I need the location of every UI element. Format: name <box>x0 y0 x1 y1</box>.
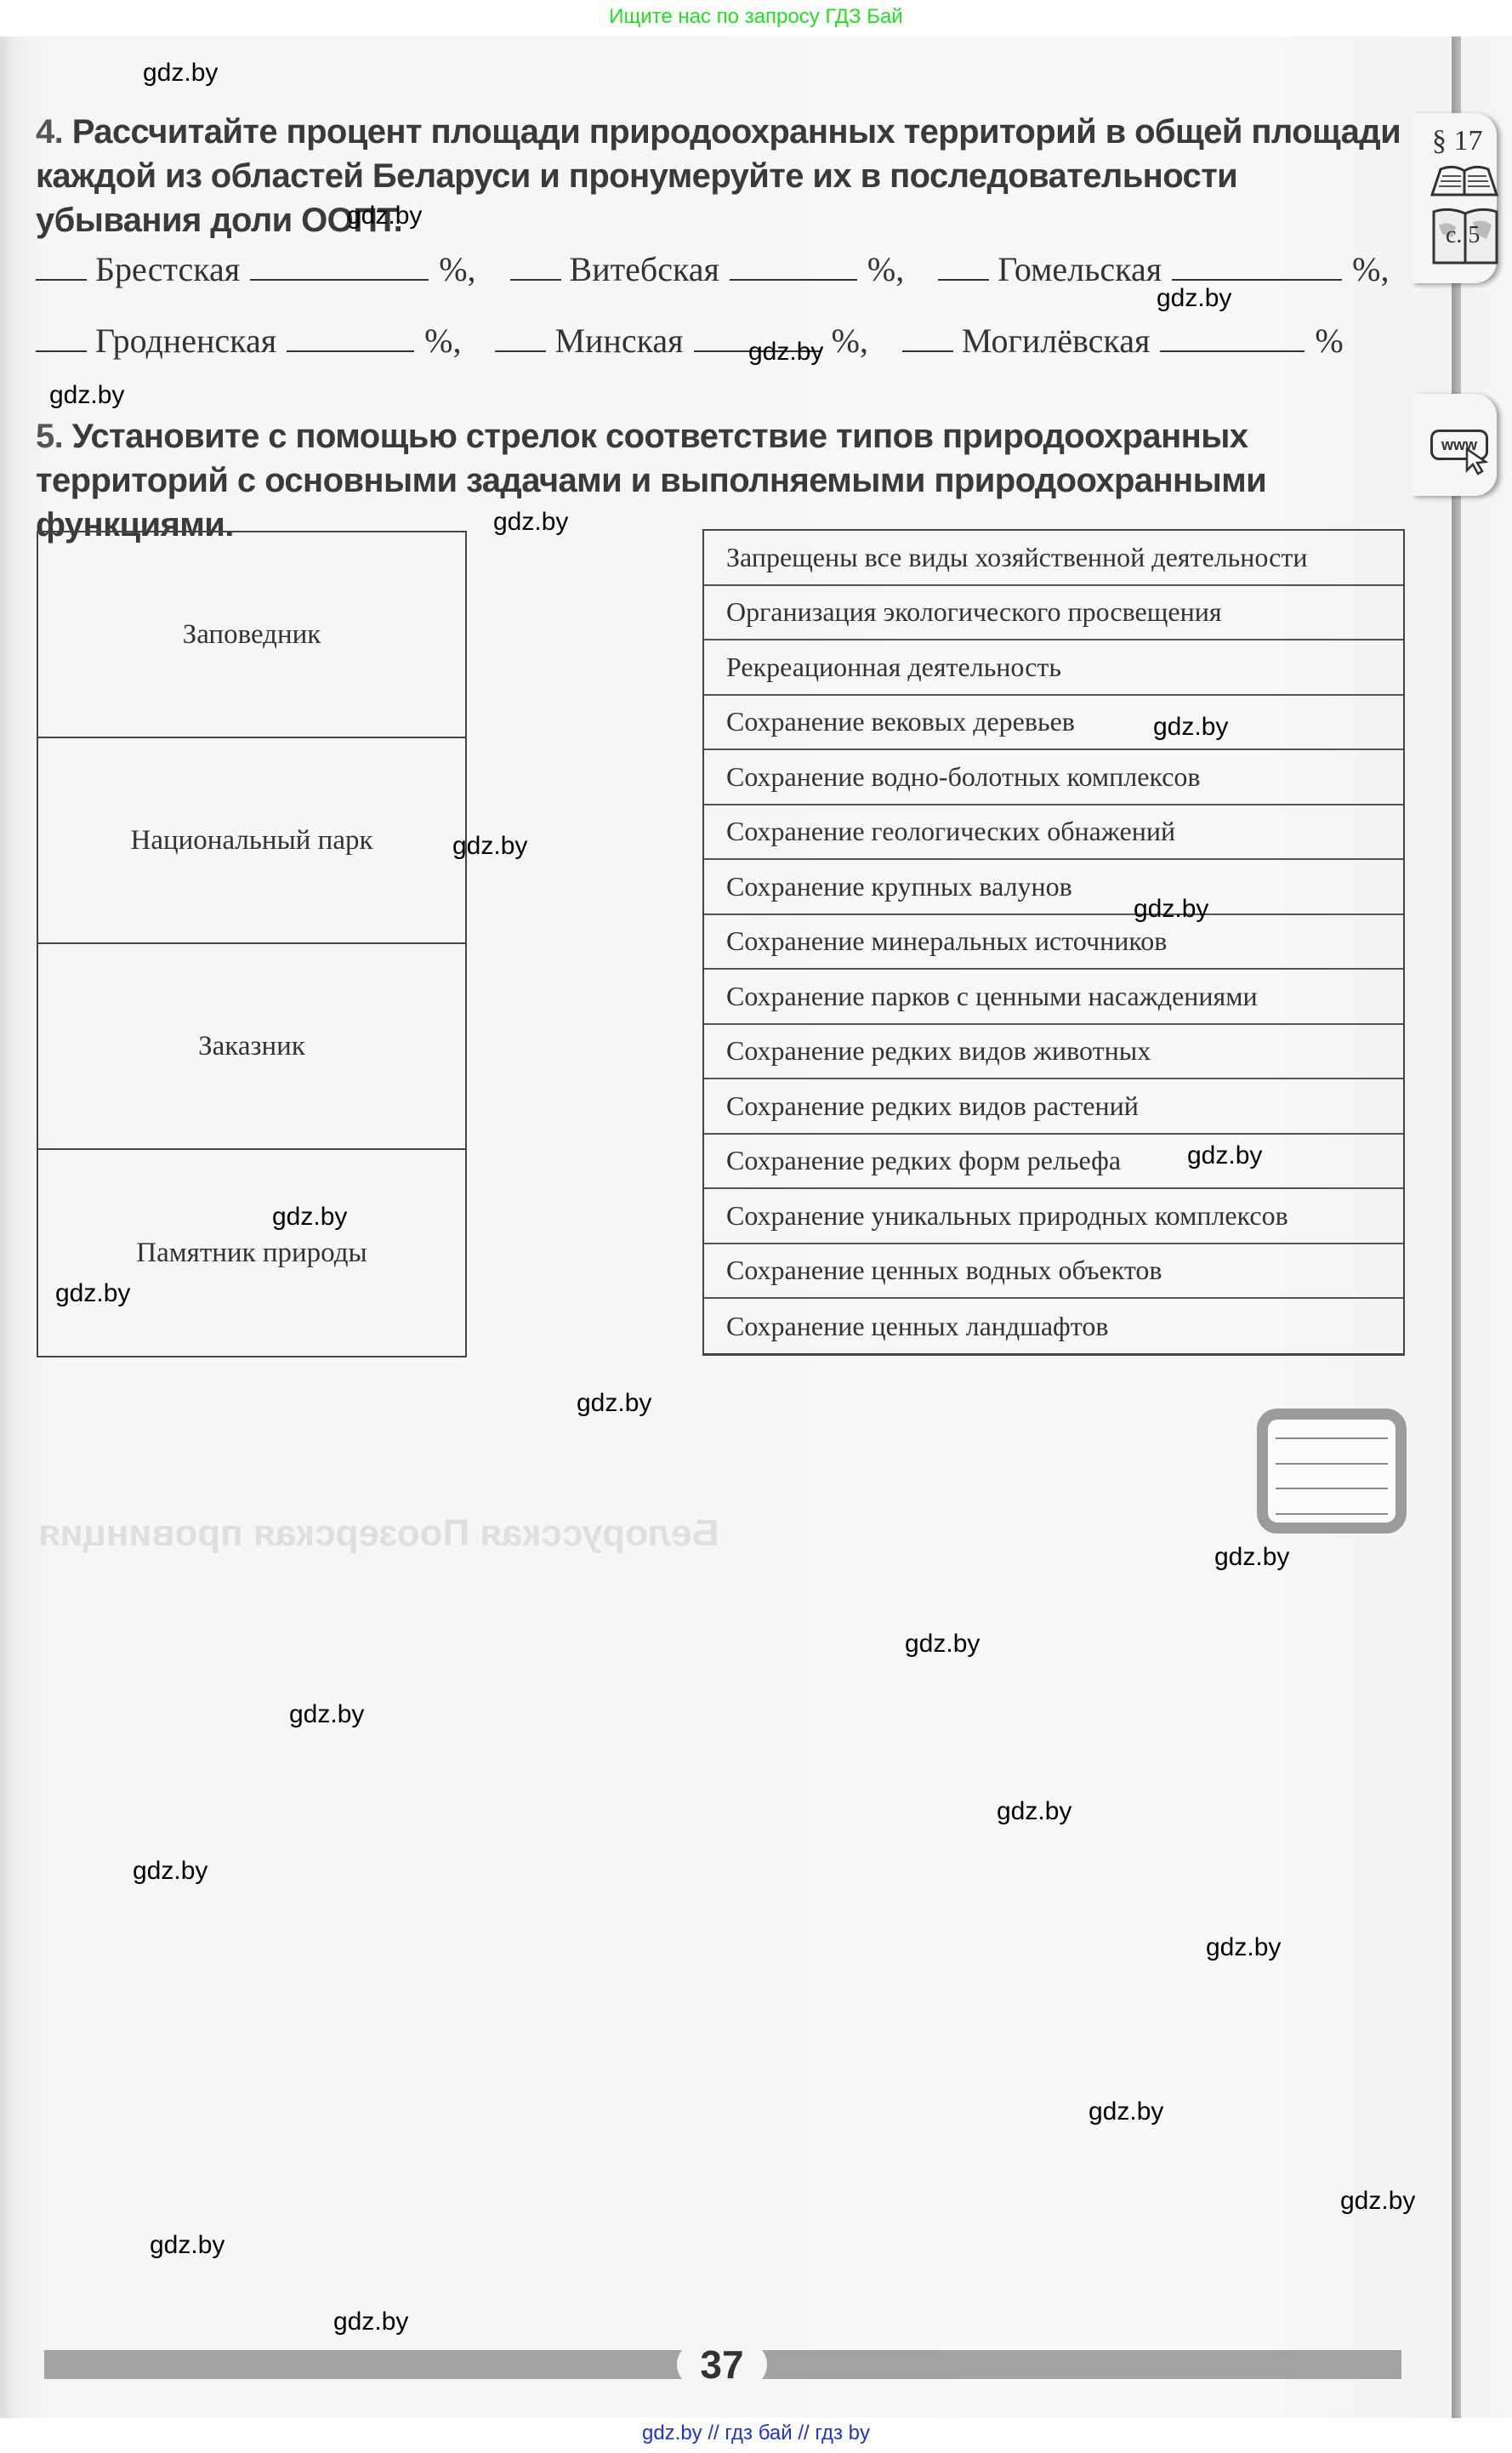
watermark: gdz.by <box>1187 1143 1262 1169</box>
task-4-text: Рассчитайте процент площади природоохран… <box>36 113 1401 239</box>
watermark: gdz.by <box>133 1858 207 1884</box>
region-label: Минская <box>554 321 683 361</box>
footer-bar-left <box>44 2350 691 2379</box>
function-item[interactable]: Сохранение редких видов животных <box>704 1025 1403 1080</box>
task-4-prompt: 4. Рассчитайте процент площади природоох… <box>36 110 1405 242</box>
reference-tab: § 17 с. 5 <box>1412 113 1497 283</box>
watermark: gdz.by <box>1134 896 1208 922</box>
region-label: Гомельская <box>998 249 1162 289</box>
watermark: gdz.by <box>905 1631 980 1657</box>
watermark: gdz.by <box>333 2309 408 2335</box>
function-item[interactable]: Рекреационная деятельность <box>704 640 1403 696</box>
watermark: gdz.by <box>452 834 527 859</box>
watermark: gdz.by <box>272 1204 347 1230</box>
textbook-icon <box>1429 161 1500 198</box>
task-4-number: 4. <box>36 113 63 151</box>
function-item[interactable]: Сохранение редких форм рельефа <box>704 1135 1403 1190</box>
function-item[interactable]: Организация экологического просвещения <box>704 586 1403 641</box>
watermark: gdz.by <box>493 509 568 535</box>
watermark: gdz.by <box>1153 714 1228 740</box>
watermark: gdz.by <box>143 60 218 86</box>
watermark: gdz.by <box>49 383 124 408</box>
territory-types-table: Заповедник Национальный парк Заказник Па… <box>37 531 467 1357</box>
territory-type-natural-monument[interactable]: Памятник природы <box>38 1150 465 1356</box>
atlas-ref[interactable]: с. 5 <box>1446 222 1480 249</box>
function-item[interactable]: Сохранение водно-болотных комплексов <box>704 750 1403 805</box>
rank-input-mogilev[interactable] <box>902 325 953 352</box>
watermark: gdz.by <box>1089 2099 1163 2125</box>
paragraph-ref[interactable]: § 17 <box>1432 125 1483 157</box>
rank-input-vitebsk[interactable] <box>510 253 561 281</box>
search-hint-banner: Ищите нас по запросу ГДЗ Бай <box>0 0 1512 37</box>
footer-bar-right <box>755 2350 1401 2379</box>
rank-input-minsk[interactable] <box>495 325 546 352</box>
bleed-through-heading: Белорусская Поозерская провинция <box>38 1512 719 1555</box>
function-item[interactable]: Запрещены все виды хозяйственной деятель… <box>704 531 1403 586</box>
function-item[interactable]: Сохранение ценных водных объектов <box>704 1244 1403 1300</box>
regions-row-1: Брестская %, Витебская %, Гомельская %, <box>36 249 1405 289</box>
watermark: gdz.by <box>997 1799 1071 1824</box>
function-item[interactable]: Сохранение геологических обнажений <box>704 805 1403 861</box>
watermark: gdz.by <box>1206 1935 1281 1961</box>
function-item[interactable]: Сохранение ценных ландшафтов <box>704 1299 1403 1354</box>
function-item[interactable]: Сохранение парков с ценными насаждениями <box>704 970 1403 1025</box>
regions-row-2: Гродненская %, Минская %, Могилёвская % <box>36 321 1405 361</box>
page-number: 37 <box>677 2333 767 2396</box>
watermark: gdz.by <box>1157 286 1231 311</box>
watermark: gdz.by <box>289 1702 364 1727</box>
region-label: Витебская <box>570 249 719 289</box>
watermark: gdz.by <box>577 1391 651 1416</box>
percent-input-mogilev[interactable] <box>1160 325 1305 352</box>
watermark: gdz.by <box>748 339 823 365</box>
territory-type-zapovednik[interactable]: Заповедник <box>38 532 465 738</box>
task-5-number: 5. <box>36 418 63 455</box>
watermark: gdz.by <box>1214 1545 1289 1570</box>
percent-input-brest[interactable] <box>250 253 429 281</box>
region-label: Могилёвская <box>962 321 1150 361</box>
task-5-prompt: 5. Установите с помощью стрелок соответс… <box>36 414 1405 547</box>
territory-type-zakaznik[interactable]: Заказник <box>38 944 465 1150</box>
rank-input-brest[interactable] <box>36 253 87 281</box>
workbook-page: Белорусская Поозерская провинция § 17 с.… <box>0 37 1512 2418</box>
region-label: Гродненская <box>95 321 276 361</box>
territory-type-national-park[interactable]: Национальный парк <box>38 738 465 944</box>
rank-input-gomel[interactable] <box>938 253 989 281</box>
region-label: Брестская <box>95 249 240 289</box>
watermark: gdz.by <box>150 2233 225 2258</box>
percent-input-vitebsk[interactable] <box>730 253 857 281</box>
function-item[interactable]: Сохранение минеральных источников <box>704 915 1403 970</box>
task-5-text: Установите с помощью стрелок соответстви… <box>36 418 1266 544</box>
function-item[interactable]: Сохранение вековых деревьев <box>704 696 1403 751</box>
function-item[interactable]: Сохранение уникальных природных комплекс… <box>704 1189 1403 1244</box>
watermark: gdz.by <box>55 1281 130 1306</box>
function-item[interactable]: Сохранение крупных валунов <box>704 860 1403 915</box>
notes-icon <box>1257 1409 1407 1534</box>
percent-input-grodno[interactable] <box>287 325 414 352</box>
rank-input-grodno[interactable] <box>36 325 87 352</box>
percent-input-gomel[interactable] <box>1172 253 1342 281</box>
site-links-banner[interactable]: gdz.by // гдз бай // гдз by <box>0 2418 1512 2453</box>
watermark: gdz.by <box>1340 2188 1415 2214</box>
function-item[interactable]: Сохранение редких видов растений <box>704 1079 1403 1135</box>
watermark: gdz.by <box>347 203 422 229</box>
online-resource-tab: www <box>1412 394 1497 496</box>
functions-table: Запрещены все виды хозяйственной деятель… <box>702 529 1405 1356</box>
cursor-arrow-icon <box>1464 447 1490 475</box>
